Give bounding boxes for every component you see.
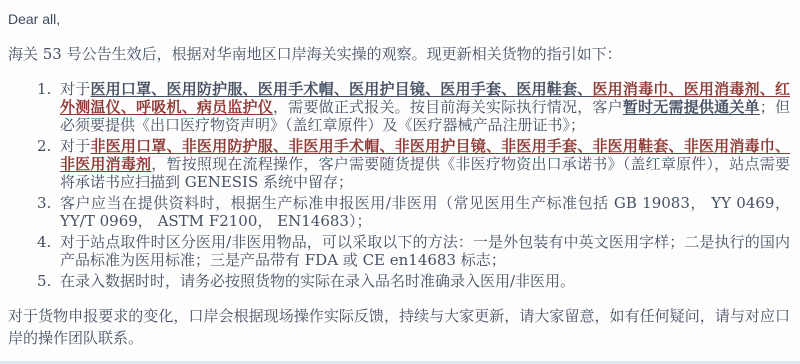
guideline-item-2: 2. 对于非医用口罩、非医用防护服、非医用手术帽、非医用护目镜、非医用手套、非医… (37, 137, 790, 191)
item-number: 3. (37, 194, 60, 230)
formal-declaration-text: ，需要做正式报关。按目前海关实际执行情况，客户 (273, 98, 623, 116)
declaration-standards-text: 客户应当在提供资料时，根据生产标准申报医用/非医用（常见医用生产标准包括 GB … (60, 194, 790, 230)
item-number: 1. (37, 80, 60, 134)
guideline-item-1: 1. 对于医用口罩、医用防护服、医用手术帽、医用护目镜、医用手套、医用鞋套、医用… (37, 80, 790, 134)
guideline-item-3: 3. 客户应当在提供资料时，根据生产标准申报医用/非医用（常见医用生产标准包括 … (37, 194, 790, 230)
medical-intro-text: 对于 (60, 80, 90, 98)
distinguish-methods-text: 对于站点取件时区分医用/非医用物品，可以采取以下的方法：一是外包装有中英文医用字… (60, 233, 790, 269)
guidelines-list: 1. 对于医用口罩、医用防护服、医用手术帽、医用护目镜、医用手套、医用鞋套、医用… (8, 80, 790, 290)
no-clearance-form-emphasis: 暂时无需提供通关单 (623, 98, 760, 116)
intro-paragraph: 海关 53 号公告生效后，根据对华南地区口岸海关实操的观察。现更新相关货物的指引… (8, 45, 790, 63)
item-number: 4. (37, 233, 60, 269)
guideline-item-5: 5. 在录入数据时时，请务必按照货物的实际在录入品名时准确录入医用/非医用。 (37, 272, 790, 290)
guideline-item-text: 对于医用口罩、医用防护服、医用手术帽、医用护目镜、医用手套、医用鞋套、医用消毒巾… (60, 80, 790, 134)
non-medical-intro-text: 对于 (60, 137, 90, 155)
guideline-item-text: 对于非医用口罩、非医用防护服、非医用手术帽、非医用护目镜、非医用手套、非医用鞋套… (60, 137, 790, 191)
guideline-item-4: 4. 对于站点取件时区分医用/非医用物品，可以采取以下的方法：一是外包装有中英文… (37, 233, 790, 269)
item-number: 5. (37, 272, 60, 290)
footer-paragraph: 对于货物申报要求的变化，口岸会根据现场操作实际反馈，持续与大家更新，请大家留意，… (8, 305, 790, 349)
greeting: Dear all, (8, 10, 790, 28)
item-number: 2. (37, 137, 60, 191)
notice-document: Dear all, 海关 53 号公告生效后，根据对华南地区口岸海关实操的观察。… (0, 0, 800, 349)
data-entry-text: 在录入数据时时，请务必按照货物的实际在录入品名时准确录入医用/非医用。 (60, 272, 790, 290)
medical-items-emphasis: 医用口罩、医用防护服、医用手术帽、医用护目镜、医用手套、医用鞋套、 (90, 80, 592, 98)
current-process-text: ，暂按照现在流程操作，客户需要随货提供《非医疗物资出口承诺书》（盖红章原件），站… (60, 155, 790, 191)
